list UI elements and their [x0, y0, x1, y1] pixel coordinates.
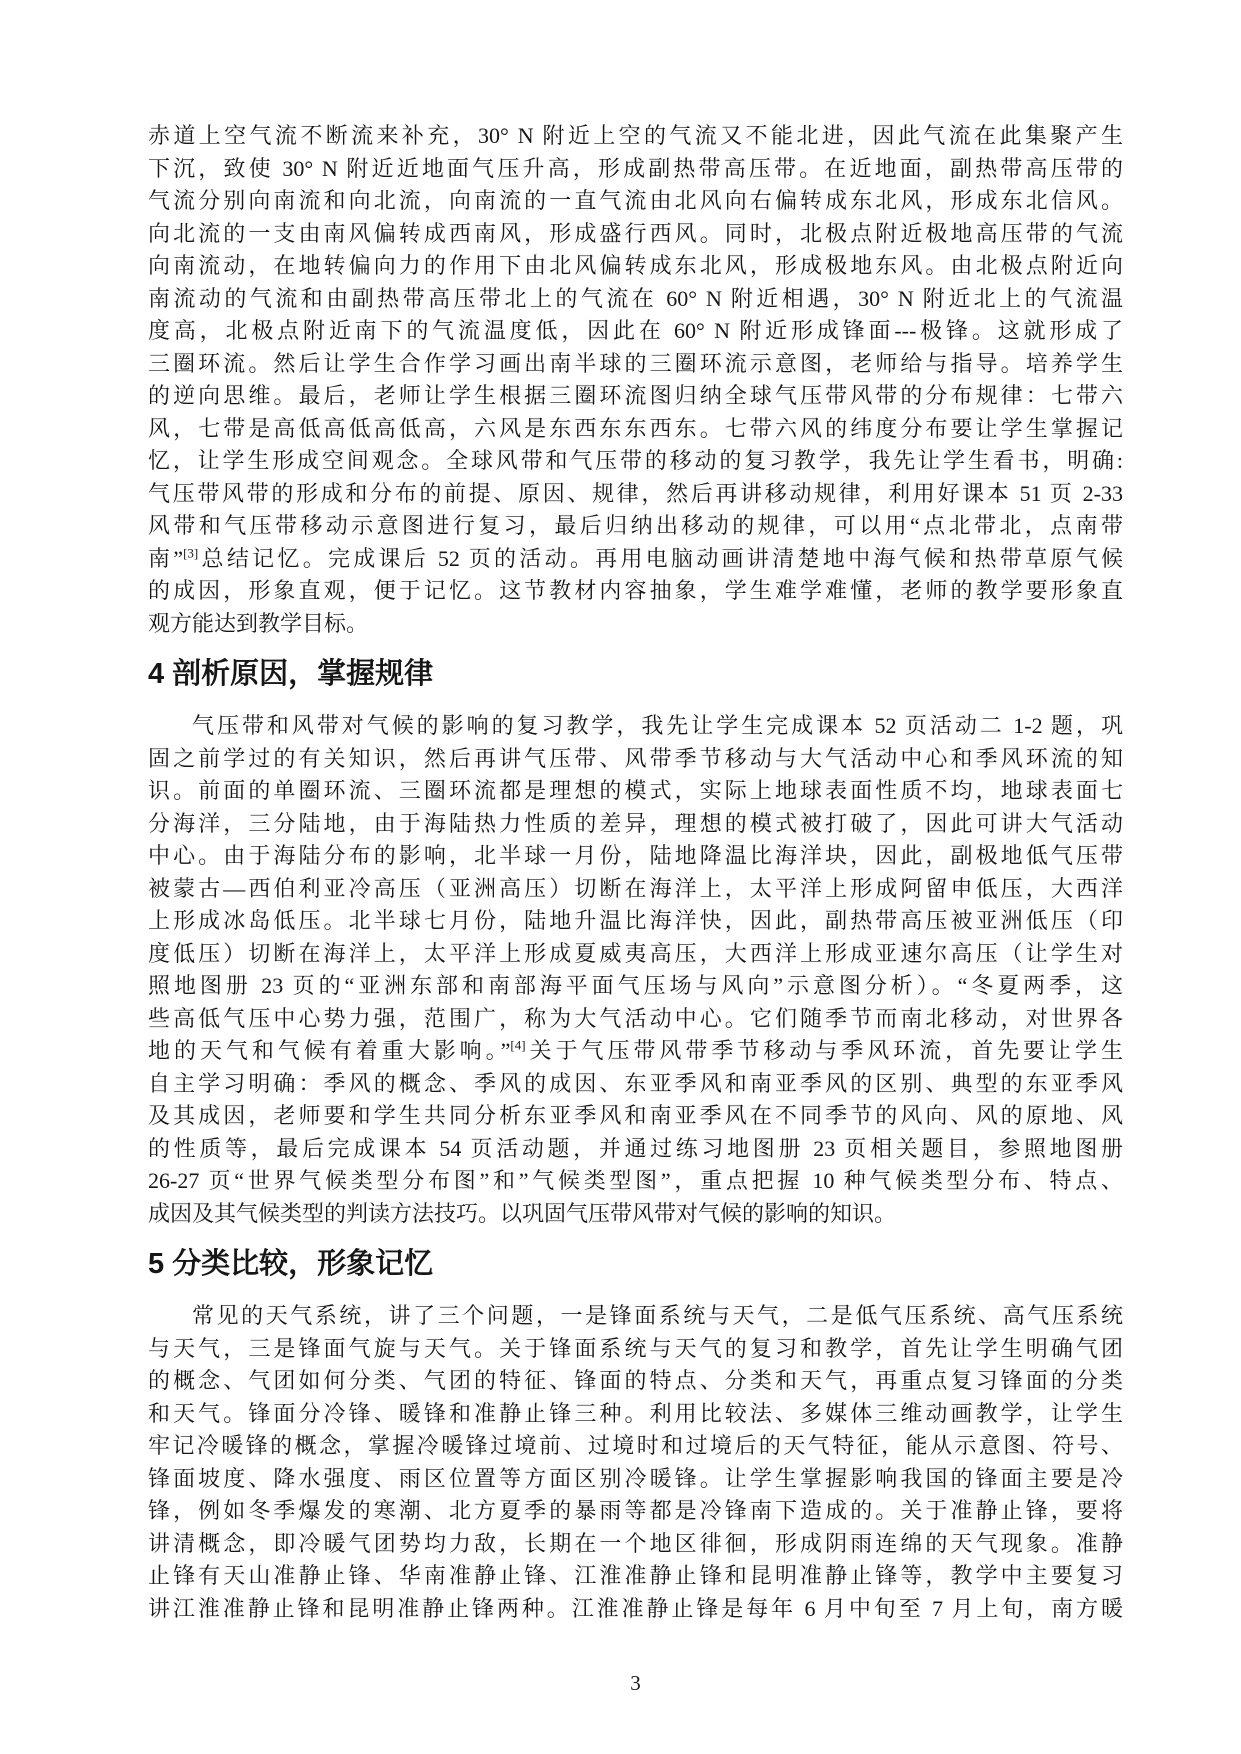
text-line: 及其成因，老师要和学生共同分析东亚季风和南亚季风在不同季节的风向、风的原地、风 [148, 1100, 1123, 1133]
citation-superscript: [3] [183, 545, 198, 560]
text-line: 固之前学过的有关知识，然后再讲气压带、风带季节移动与大气活动中心和季风环流的知 [148, 743, 1123, 776]
text-line: 度低压）切断在海洋上，太平洋上形成夏威夷高压，大西洋上形成亚速尔高压（让学生对 [148, 938, 1123, 971]
text-line: 的逆向思维。最后，老师让学生根据三圈环流图归纳全球气压带风带的分布规律：七带六 [148, 380, 1123, 413]
document-body: 赤道上空气流不断流来补充，30° N 附近上空的气流又不能北进，因此气流在此集聚… [148, 120, 1123, 1625]
citation-superscript: [4] [510, 1038, 525, 1053]
text-line: 向北流的一支由南风偏转成西南风，形成盛行西风。同时，北极点附近极地高压带的气流 [148, 218, 1123, 251]
text-line: 三圈环流。然后让学生合作学习画出南半球的三圈环流示意图，老师给与指导。培养学生 [148, 348, 1123, 381]
text-line: 的概念、气团如何分类、气团的特征、锋面的特点、分类和天气，再重点复习锋面的分类 [148, 1365, 1123, 1398]
text-line: 自主学习明确：季风的概念、季风的成因、东亚季风和南亚季风的区别、典型的东亚季风 [148, 1068, 1123, 1101]
text-line: 向南流动，在地转偏向力的作用下由北风偏转成东北风，形成极地东风。由北极点附近向 [148, 250, 1123, 283]
text-line: 成因及其气候类型的判读方法技巧。以巩固气压带风带对气候的影响的知识。 [148, 1198, 1123, 1231]
paragraph: 气压带和风带对气候的影响的复习教学，我先让学生完成课本 52 页活动二 1-2 … [148, 710, 1123, 1230]
text-line: 和天气。锋面分冷锋、暖锋和准静止锋三种。利用比较法、多媒体三维动画教学，让学生 [148, 1398, 1123, 1431]
page-number: 3 [148, 1670, 1123, 1696]
text-line: 上形成冰岛低压。北半球七月份，陆地升温比海洋快，因此，副热带高压被亚洲低压（印 [148, 905, 1123, 938]
text-line: 气压带风带的形成和分布的前提、原因、规律，然后再讲移动规律，利用好课本 51 页… [148, 478, 1123, 511]
text-line: 的性质等，最后完成课本 54 页活动题，并通过练习地图册 23 页相关题目，参照… [148, 1133, 1123, 1166]
text-line: 气流分别向南流和向北流，向南流的一直气流由北风向右偏转成东北风，形成东北信风。 [148, 185, 1123, 218]
text-line: 赤道上空气流不断流来补充，30° N 附近上空的气流又不能北进，因此气流在此集聚… [148, 120, 1123, 153]
text-line: 分海洋，三分陆地，由于海陆热力性质的差异，理想的模式被打破了，因此可讲大气活动 [148, 808, 1123, 841]
section-heading: 4 剖析原因，掌握规律 [148, 654, 1123, 694]
text-line: 锋，例如冬季爆发的寒潮、北方夏季的暴雨等都是冷锋南下造成的。关于准静止锋，要将 [148, 1495, 1123, 1528]
text-line: 下沉，致使 30° N 附近近地面气压升高，形成副热带高压带。在近地面，副热带高… [148, 153, 1123, 186]
text-line: 牢记冷暖锋的概念，掌握冷暖锋过境前、过境时和过境后的天气特征，能从示意图、符号、 [148, 1430, 1123, 1463]
text-line: 的成因，形象直观，便于记忆。这节教材内容抽象，学生难学难懂，老师的教学要形象直 [148, 575, 1123, 608]
text-line: 南”[3]总结记忆。完成课后 52 页的活动。再用电脑动画讲清楚地中海气候和热带… [148, 543, 1123, 576]
document-page: 赤道上空气流不断流来补充，30° N 附近上空的气流又不能北进，因此气流在此集聚… [0, 0, 1241, 1754]
text-line: 识。前面的单圈环流、三圈环流都是理想的模式，实际上地球表面性质不均，地球表面七 [148, 775, 1123, 808]
text-line: 讲江淮准静止锋和昆明准静止锋两种。江淮准静止锋是每年 6 月中旬至 7 月上旬，… [148, 1593, 1123, 1626]
section-heading: 5 分类比较，形象记忆 [148, 1244, 1123, 1284]
text-line: 26-27 页“世界气候类型分布图”和”气候类型图”，重点把握 10 种气候类型… [148, 1165, 1123, 1198]
text-line: 止锋有天山准静止锋、华南准静止锋、江淮准静止锋和昆明准静止锋等，教学中主要复习 [148, 1560, 1123, 1593]
text-line: 中心。由于海陆分布的影响，北半球一月份，陆地降温比海洋块，因此，副极地低气压带 [148, 840, 1123, 873]
text-line: 南流动的气流和由副热带高压带北上的气流在 60° N 附近相遇，30° N 附近… [148, 283, 1123, 316]
text-line: 些高低气压中心势力强，范围广，称为大气活动中心。它们随季节而南北移动，对世界各 [148, 1003, 1123, 1036]
text-line: 度高，北极点附近南下的气流温度低，因此在 60° N 附近形成锋面---极锋。这… [148, 315, 1123, 348]
paragraph: 常见的天气系统，讲了三个问题，一是锋面系统与天气，二是低气压系统、高气压系统与天… [148, 1300, 1123, 1625]
text-line: 观方能达到教学目标。 [148, 608, 1123, 641]
text-line: 照地图册 23 页的“亚洲东部和南部海平面气压场与风向”示意图分析）。“冬夏两季… [148, 970, 1123, 1003]
text-line: 常见的天气系统，讲了三个问题，一是锋面系统与天气，二是低气压系统、高气压系统 [148, 1300, 1123, 1333]
text-line: 讲清概念，即冷暖气团势均力敌，长期在一个地区徘徊，形成阴雨连绵的天气现象。准静 [148, 1528, 1123, 1561]
text-line: 地的天气和气候有着重大影响。”[4]关于气压带风带季节移动与季风环流，首先要让学… [148, 1035, 1123, 1068]
text-line: 与天气，三是锋面气旋与天气。关于锋面系统与天气的复习和教学，首先让学生明确气团 [148, 1333, 1123, 1366]
text-line: 风，七带是高低高低高低高，六风是东西东东西东。七带六风的纬度分布要让学生掌握记 [148, 413, 1123, 446]
paragraph: 赤道上空气流不断流来补充，30° N 附近上空的气流又不能北进，因此气流在此集聚… [148, 120, 1123, 640]
text-line: 被蒙古—西伯利亚冷高压（亚洲高压）切断在海洋上，太平洋上形成阿留申低压，大西洋 [148, 873, 1123, 906]
text-line: 气压带和风带对气候的影响的复习教学，我先让学生完成课本 52 页活动二 1-2 … [148, 710, 1123, 743]
text-line: 忆，让学生形成空间观念。全球风带和气压带的移动的复习教学，我先让学生看书，明确: [148, 445, 1123, 478]
text-line: 锋面坡度、降水强度、雨区位置等方面区别冷暖锋。让学生掌握影响我国的锋面主要是冷 [148, 1463, 1123, 1496]
text-line: 风带和气压带移动示意图进行复习，最后归纳出移动的规律，可以用“点北带北，点南带 [148, 510, 1123, 543]
